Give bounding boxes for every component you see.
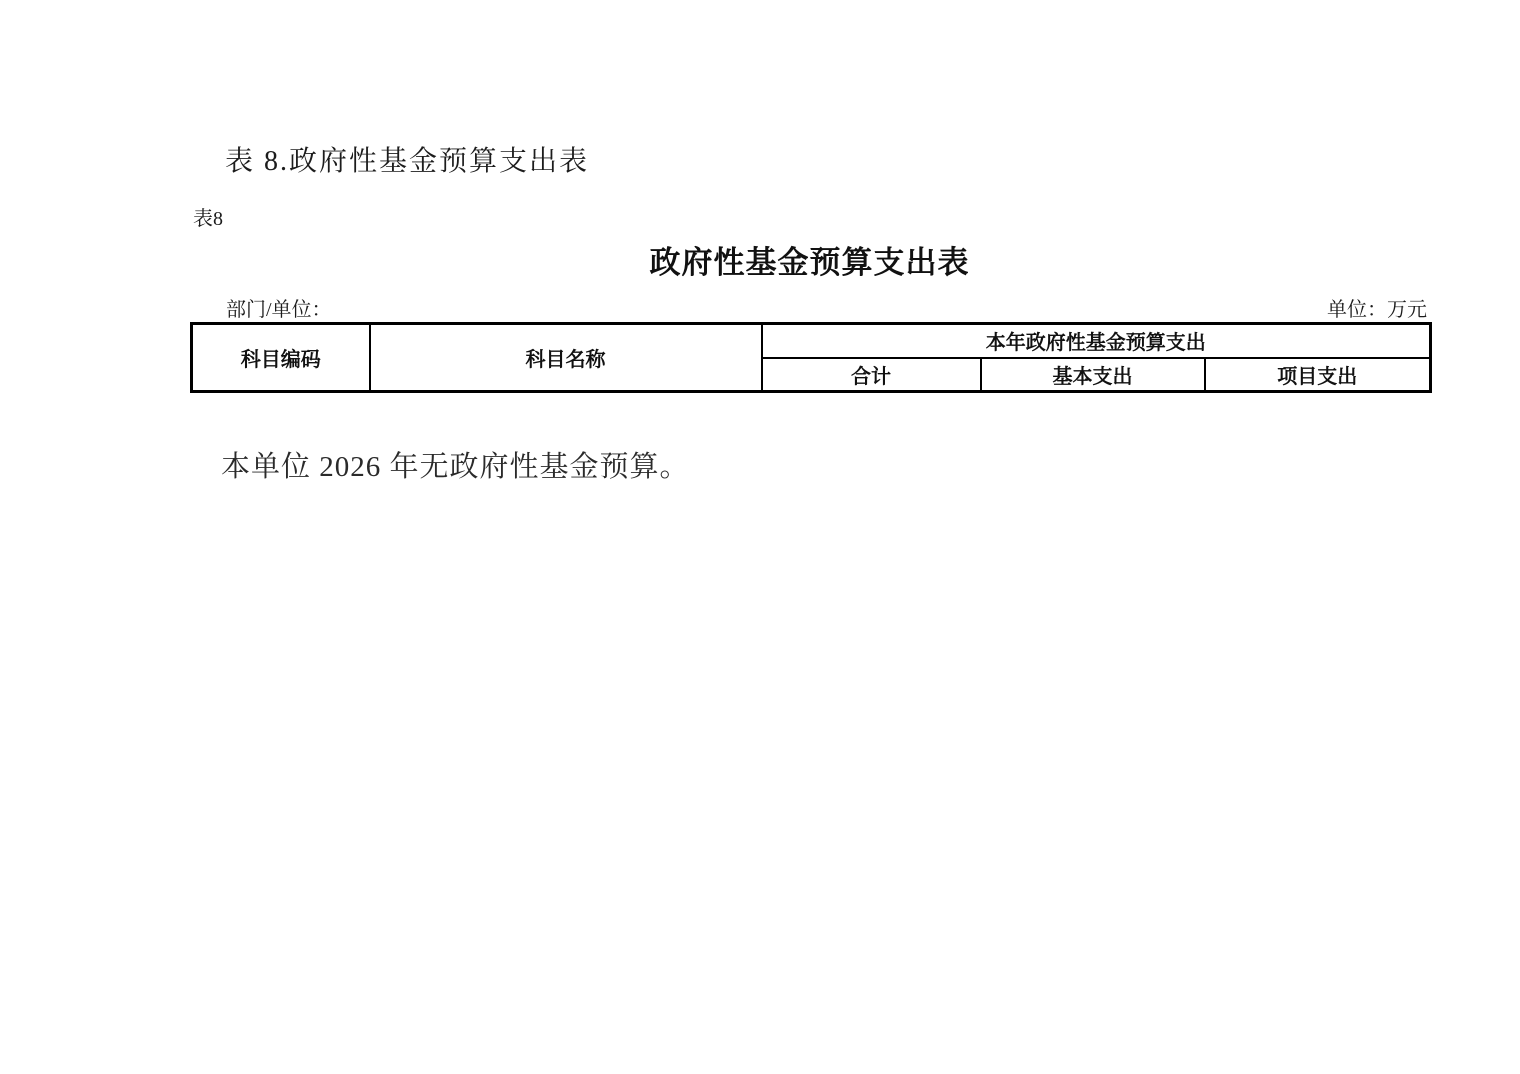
header-subject-code: 科目编码 — [192, 324, 370, 392]
header-current-year-group: 本年政府性基金预算支出 — [762, 324, 1431, 358]
header-project-expenditure: 项目支出 — [1205, 358, 1431, 392]
header-subject-name: 科目名称 — [370, 324, 762, 392]
table-header-row-top: 科目编码 科目名称 本年政府性基金预算支出 — [192, 324, 1431, 358]
unit-label: 单位：万元 — [1327, 293, 1427, 322]
document-page: 表 8.政府性基金预算支出表 表8 政府性基金预算支出表 部门/单位： 单位：万… — [0, 0, 1520, 1074]
table-meta-row: 部门/单位： 单位：万元 — [190, 293, 1429, 322]
header-basic-expenditure: 基本支出 — [981, 358, 1205, 392]
budget-table: 科目编码 科目名称 本年政府性基金预算支出 合计 基本支出 项目支出 — [190, 322, 1432, 393]
no-budget-note: 本单位 2026 年无政府性基金预算。 — [221, 444, 690, 485]
document-heading: 表 8.政府性基金预算支出表 — [225, 139, 589, 179]
header-total: 合计 — [762, 358, 981, 392]
table-title: 政府性基金预算支出表 — [190, 237, 1429, 282]
department-unit-label: 部门/单位： — [226, 293, 332, 322]
table-tag-label: 表8 — [193, 202, 223, 231]
